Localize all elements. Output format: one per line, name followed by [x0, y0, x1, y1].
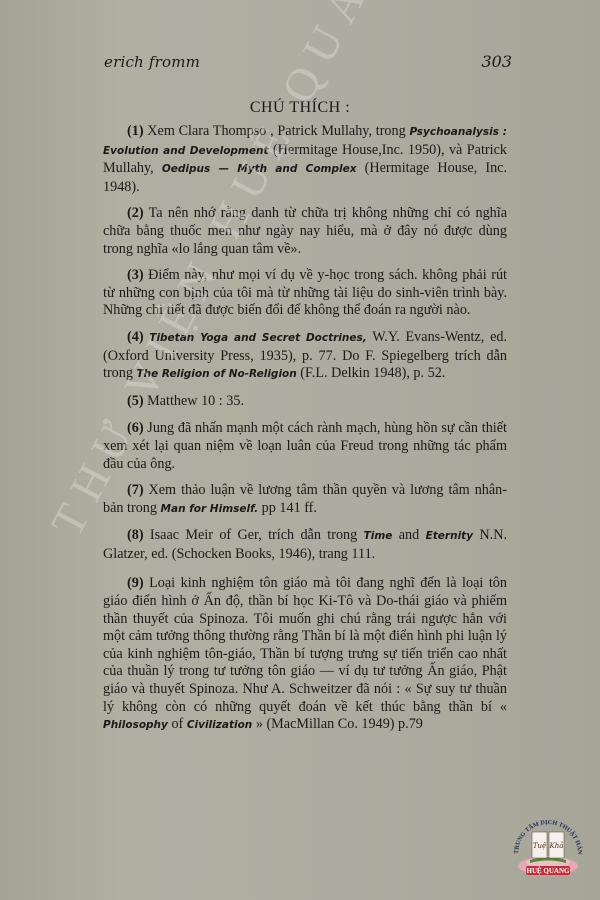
footnote-8: (8) Isaac Meir of Ger, trích dẫn trong T…	[103, 527, 507, 563]
cited-title: Eternity	[426, 530, 473, 542]
svg-text:Tuệ: Tuệ	[533, 842, 546, 850]
footnote-1: (1) Xem Clara Thompso , Patrick Mullahy,…	[103, 123, 507, 196]
footnotes-list: (1) Xem Clara Thompso , Patrick Mullahy,…	[103, 123, 507, 744]
footnote-5: (5) Matthew 10 : 35.	[103, 393, 507, 411]
footnote-number: (8)	[127, 527, 144, 543]
footnote-number: (2)	[127, 205, 144, 221]
footnote-text: » (MacMillan Co. 1949) p.79	[252, 716, 423, 732]
publisher-logo-icon: TRUNG TÂM DỊCH THUẬT HÁN NÔM Tuệ Khả HUỆ…	[508, 810, 588, 890]
footnote-4: (4) Tibetan Yoga and Secret Doctrines, W…	[103, 329, 507, 384]
footnote-text: Ta nên nhớ rằng danh từ chữa trị không n…	[103, 205, 507, 256]
cited-title: The Religion of No-Religion	[137, 368, 297, 380]
footnote-text: Isaac Meir of Ger, trích dẫn trong	[144, 527, 364, 543]
footnote-6: (6) Jung đã nhấn mạnh một cách rành mạch…	[103, 420, 507, 473]
footnote-number: (9)	[127, 575, 144, 591]
footnote-text: and	[392, 527, 425, 543]
footnote-text: Xem Clara Thompso , Patrick Mullahy, tro…	[144, 123, 410, 139]
author-name: erich fromm	[104, 53, 200, 71]
page-number: 303	[481, 52, 512, 71]
footnote-number: (4)	[127, 329, 144, 345]
footnote-3: (3) Điểm này, như mọi ví dụ về y-học tro…	[103, 267, 507, 320]
footnote-text: (F.L. Delkin 1948), p. 52.	[297, 365, 446, 381]
cited-title: Civilization	[187, 719, 252, 731]
svg-text:HUỆ QUANG: HUỆ QUANG	[527, 867, 571, 875]
notes-title: CHÚ THÍCH :	[0, 99, 600, 117]
svg-text:Khả: Khả	[549, 841, 564, 850]
cited-title: Oedipus — Myth and Complex	[162, 163, 357, 175]
running-head: erich fromm 303	[104, 52, 512, 71]
footnote-text: Loại kinh nghiệm tôn giáo mà tôi đang ng…	[103, 575, 507, 714]
cited-title: Time	[364, 530, 393, 542]
footnote-text: pp 141 ff.	[258, 500, 317, 516]
book-page: erich fromm 303 CHÚ THÍCH : (1) Xem Clar…	[0, 0, 600, 900]
footnote-text: Điểm này, như mọi ví dụ về y-học trong s…	[103, 267, 507, 318]
footnote-number: (5)	[127, 393, 144, 409]
footnote-2: (2) Ta nên nhớ rằng danh từ chữa trị khô…	[103, 205, 507, 258]
footnote-7: (7) Xem thảo luận về lương tâm thần quyề…	[103, 482, 507, 518]
cited-title: Philosophy	[103, 719, 168, 731]
footnote-9: (9) Loại kinh nghiệm tôn giáo mà tôi đan…	[103, 575, 507, 734]
footnote-number: (1)	[127, 123, 144, 139]
cited-title: Tibetan Yoga and Secret Doctrines,	[149, 332, 366, 344]
cited-title: Man for Himself.	[161, 503, 259, 515]
footnote-text: Matthew 10 : 35.	[144, 393, 244, 409]
footnote-number: (6)	[127, 420, 144, 436]
footnote-text: of	[168, 716, 187, 732]
footnote-number: (3)	[127, 267, 144, 283]
footnote-text: Jung đã nhấn mạnh một cách rành mạch, hù…	[103, 420, 507, 471]
footnote-number: (7)	[127, 482, 144, 498]
